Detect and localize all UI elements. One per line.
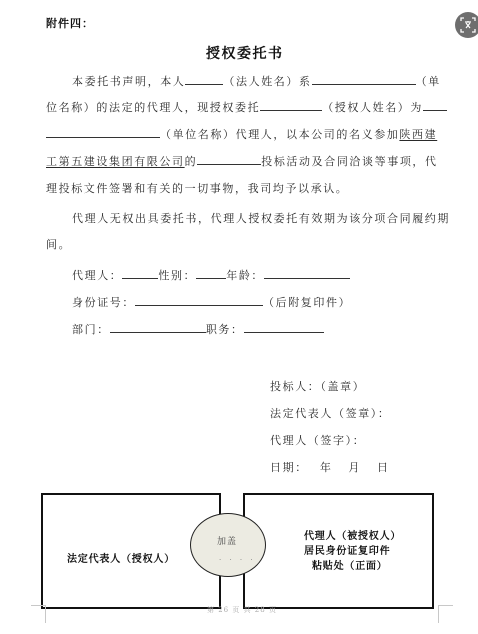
translate-button[interactable] xyxy=(455,12,478,38)
gender-label: 性别： xyxy=(158,269,196,282)
margin-mark-left-v xyxy=(45,605,46,623)
date-row: 日期：年月日 xyxy=(270,459,390,475)
text: 本委托书声明，本人 xyxy=(72,75,185,88)
dept-field[interactable] xyxy=(110,322,206,333)
seal-label: 加盖 xyxy=(217,534,237,547)
paragraph-line: 工第五建设集团有限公司的投标活动及合同洽谈等事项，代 xyxy=(46,153,438,169)
blank-unit[interactable] xyxy=(423,100,447,111)
translate-icon xyxy=(460,17,476,33)
margin-mark-left xyxy=(31,605,45,606)
blank-unit-name[interactable] xyxy=(46,127,160,138)
page-number: 第 26 页 共 28 页 xyxy=(207,605,277,615)
legal-rep-box-label: 法定代表人（授权人） xyxy=(67,550,175,565)
age-label: 年龄： xyxy=(226,269,264,282)
blank-legal-name[interactable] xyxy=(185,74,223,85)
text: 投标活动及合同洽谈等事项，代 xyxy=(261,155,437,168)
year-label: 年 xyxy=(320,461,333,474)
dept-label: 部门： xyxy=(72,323,110,336)
margin-mark-right-v xyxy=(438,605,439,623)
seal-dots: · · · · xyxy=(219,556,256,564)
text: （单 xyxy=(416,75,441,88)
id-field[interactable] xyxy=(135,295,263,306)
text: （单位名称）代理人，以本公司的名义参加 xyxy=(160,128,399,141)
document-title: 授权委托书 xyxy=(206,43,284,63)
seal-oval: 加盖 · · · · xyxy=(190,513,266,577)
date-label: 日期： xyxy=(270,461,308,474)
paragraph-line: 本委托书声明，本人（法人姓名）系（单 xyxy=(72,73,441,89)
id-box-line1: 代理人（被授权人） xyxy=(304,527,401,542)
position-label: 职务： xyxy=(206,323,244,336)
bidder-seal-label: 投标人：（盖章） xyxy=(270,378,365,394)
day-label: 日 xyxy=(377,461,390,474)
paragraph-line: （单位名称）代理人，以本公司的名义参加陕西建 xyxy=(46,126,437,142)
paragraph-line: 理投标文件签署和有关的一切事物，我司均予以承认。 xyxy=(46,180,348,196)
text: 位名称）的法定的代理人，现授权委托 xyxy=(46,101,260,114)
agent-field[interactable] xyxy=(122,268,158,279)
age-field[interactable] xyxy=(264,268,350,279)
annex-label: 附件四： xyxy=(46,15,94,31)
agent-sign-label: 代理人（签字）： xyxy=(270,432,365,448)
dept-row: 部门：职务： xyxy=(72,321,324,337)
id-box-line2: 居民身份证复印件 xyxy=(304,542,390,557)
id-note: （后附复印件） xyxy=(263,296,351,309)
text: （授权人姓名）为 xyxy=(322,101,423,114)
blank-project[interactable] xyxy=(197,154,261,165)
paragraph-line: 间。 xyxy=(46,236,71,252)
id-label: 身份证号： xyxy=(72,296,135,309)
text: （法人姓名）系 xyxy=(223,75,311,88)
blank-authorized-name[interactable] xyxy=(260,100,322,111)
agent-label: 代理人： xyxy=(72,269,122,282)
company-name: 陕西建 xyxy=(399,128,437,141)
position-field[interactable] xyxy=(244,322,324,333)
month-label: 月 xyxy=(348,461,361,474)
margin-mark-right xyxy=(438,605,453,606)
id-copy-box: 代理人（被授权人） 居民身份证复印件 粘贴处（正面） xyxy=(243,493,434,609)
id-box-line3: 粘贴处（正面） xyxy=(312,557,388,572)
paragraph-line: 位名称）的法定的代理人，现授权委托（授权人姓名）为 xyxy=(46,99,447,115)
company-name: 工第五建设集团有限公司 xyxy=(46,155,185,168)
blank-company[interactable] xyxy=(312,74,416,85)
agent-info-row: 代理人：性别：年龄： xyxy=(72,267,350,283)
id-row: 身份证号：（后附复印件） xyxy=(72,294,351,310)
legal-rep-sign-label: 法定代表人（签章）： xyxy=(270,405,391,421)
paragraph-line: 代理人无权出具委托书，代理人授权委托有效期为该分项合同履约期 xyxy=(72,210,450,226)
gender-field[interactable] xyxy=(196,268,226,279)
text: 的 xyxy=(185,155,198,168)
